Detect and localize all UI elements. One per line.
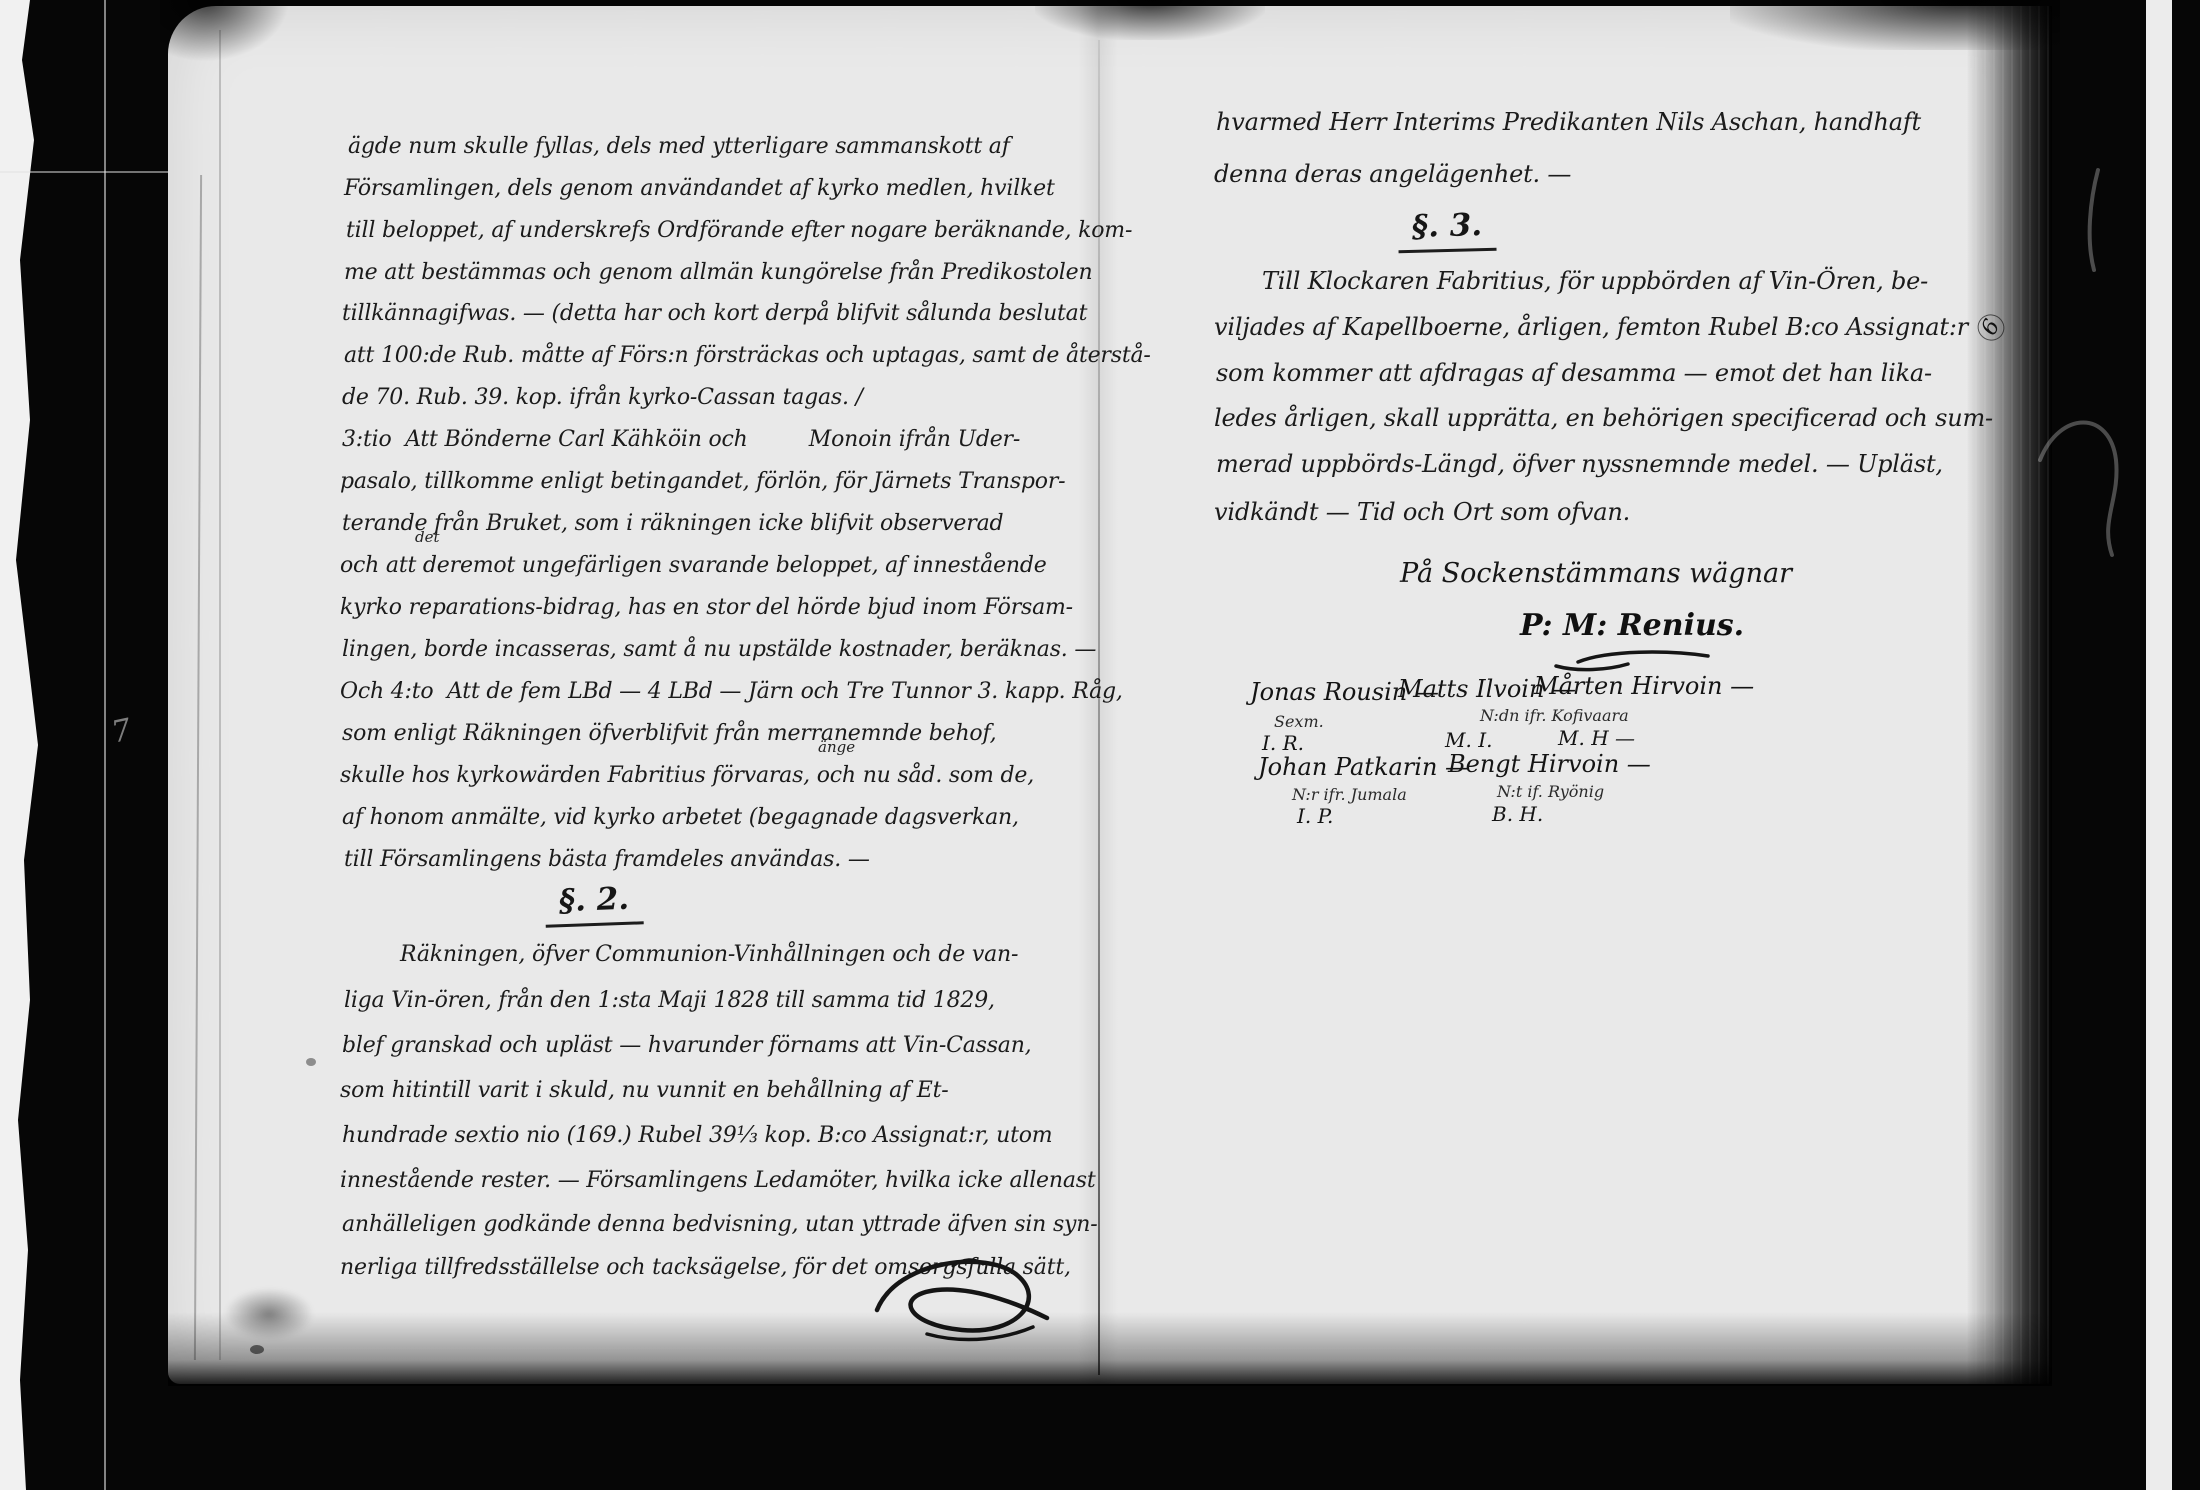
section-heading-3: §. 3. [1397, 207, 1496, 254]
manuscript-line: ledes årligen, skall upprätta, en behöri… [1214, 404, 1993, 432]
valediction: På Sockenstämmans wägnar [1400, 558, 1792, 589]
manuscript-line: Och 4:to Att de fem LBd — 4 LBd — Järn o… [340, 679, 1123, 704]
manuscript-line: tillkännagifwas. — (detta har och kort d… [342, 301, 1087, 326]
torn-paper-sliver-left [0, 0, 46, 1490]
bottom-scan-shadow [168, 1312, 2052, 1386]
manuscript-line: vidkändt — Tid och Ort som ofvan. [1214, 498, 1630, 526]
manuscript-line: som enligt Räkningen öfverblifvit från m… [342, 721, 996, 746]
manuscript-line: och att deremot ungefärligen svarande be… [340, 553, 1047, 578]
signatory-initials: B. H. [1492, 802, 1543, 826]
vertical-scratch-line [104, 0, 106, 1490]
manuscript-line: merad uppbörds-Längd, öfver nyssnemnde m… [1216, 450, 1943, 478]
manuscript-line: terande från Bruket, som i räkningen ick… [342, 511, 1003, 536]
manuscript-line: skulle hos kyrkowärden Fabritius förvara… [340, 763, 1034, 788]
manuscript-line: Till Klockaren Fabritius, för uppbörden … [1262, 267, 1928, 295]
manuscript-line: pasalo, tillkomme enligt betingandet, fö… [340, 469, 1065, 494]
manuscript-line: blef granskad och upläst — hvarunder för… [342, 1033, 1031, 1058]
underlying-page-edge-curve [2020, 160, 2150, 560]
manuscript-line: hvarmed Herr Interims Predikanten Nils A… [1216, 108, 1921, 136]
horizontal-scratch-line [0, 171, 178, 173]
signatory-initials: M. I. [1445, 728, 1492, 752]
signatory-initials: M. H — [1558, 726, 1635, 750]
manuscript-line: me att bestämmas och genom allmän kungör… [344, 260, 1092, 285]
manuscript-line: till beloppet, af underskrefs Ordförande… [346, 218, 1132, 243]
chairman-signature: P: M: Renius. [1520, 608, 1744, 643]
signatory-name: Johan Patkarin — [1258, 753, 1469, 781]
ghost-page-number: 7 [109, 712, 135, 750]
manuscript-line: hundrade sextio nio (169.) Rubel 39⅓ kop… [342, 1123, 1052, 1148]
manuscript-line: till Församlingens bästa framdeles använ… [344, 847, 870, 872]
manuscript-line: som kommer att afdragas af desamma — emo… [1216, 359, 1932, 387]
signatory-role: Sexm. [1274, 712, 1324, 731]
manuscript-line: anhälleligen godkände denna bedvisning, … [342, 1212, 1097, 1237]
manuscript-line: att 100:de Rub. måtte af Förs:n försträc… [344, 343, 1151, 368]
manuscript-line: som hitintill varit i skuld, nu vunnit e… [340, 1078, 948, 1103]
manuscript-line: de 70. Rub. 39. kop. ifrån kyrko-Cassan … [342, 385, 863, 410]
manuscript-line: lingen, borde incasseras, samt å nu upst… [342, 637, 1096, 662]
manuscript-line: Räkningen, öfver Communion-Vinhållningen… [400, 942, 1018, 967]
signatory-role: N:t if. Ryönig [1497, 782, 1604, 801]
manuscript-line: innestående rester. — Församlingens Leda… [340, 1168, 1096, 1193]
signatory-initials: I. P. [1297, 804, 1333, 828]
manuscript-line: liga Vin-ören, från den 1:sta Maji 1828 … [344, 988, 995, 1013]
interlineation: änge [818, 738, 855, 756]
signatory-role: N:r ifr. Jumala [1292, 785, 1407, 804]
interlineation: det [415, 528, 440, 546]
manuscript-line: ägde num skulle fyllas, dels med ytterli… [348, 134, 1010, 159]
left-page-edge-line-inner [219, 30, 221, 1360]
signatory-initials: I. R. [1262, 731, 1304, 755]
scanned-document: 7 ägde num skulle fyllas, dels med ytter… [0, 0, 2200, 1490]
section-heading-2: §. 2. [544, 880, 644, 927]
manuscript-line: kyrko reparations-bidrag, has en stor de… [340, 595, 1073, 620]
signatory-role: N:dn ifr. Kofivaara [1480, 706, 1629, 725]
signature-underline-flourish [1548, 646, 1718, 672]
manuscript-line: 3:tio Att Bönderne Carl Kähköin och Mono… [342, 427, 1020, 452]
manuscript-line: Församlingen, dels genom användandet af … [344, 176, 1055, 201]
signatory-name: Mårten Hirvoin — [1534, 672, 1754, 700]
signatory-name: Bengt Hirvoin — [1448, 750, 1651, 778]
manuscript-line: denna deras angelägenhet. — [1214, 160, 1571, 188]
manuscript-line: viljades af Kapellboerne, årligen, femto… [1214, 313, 1968, 341]
manuscript-line: af honom anmälte, vid kyrko arbetet (beg… [342, 805, 1019, 830]
